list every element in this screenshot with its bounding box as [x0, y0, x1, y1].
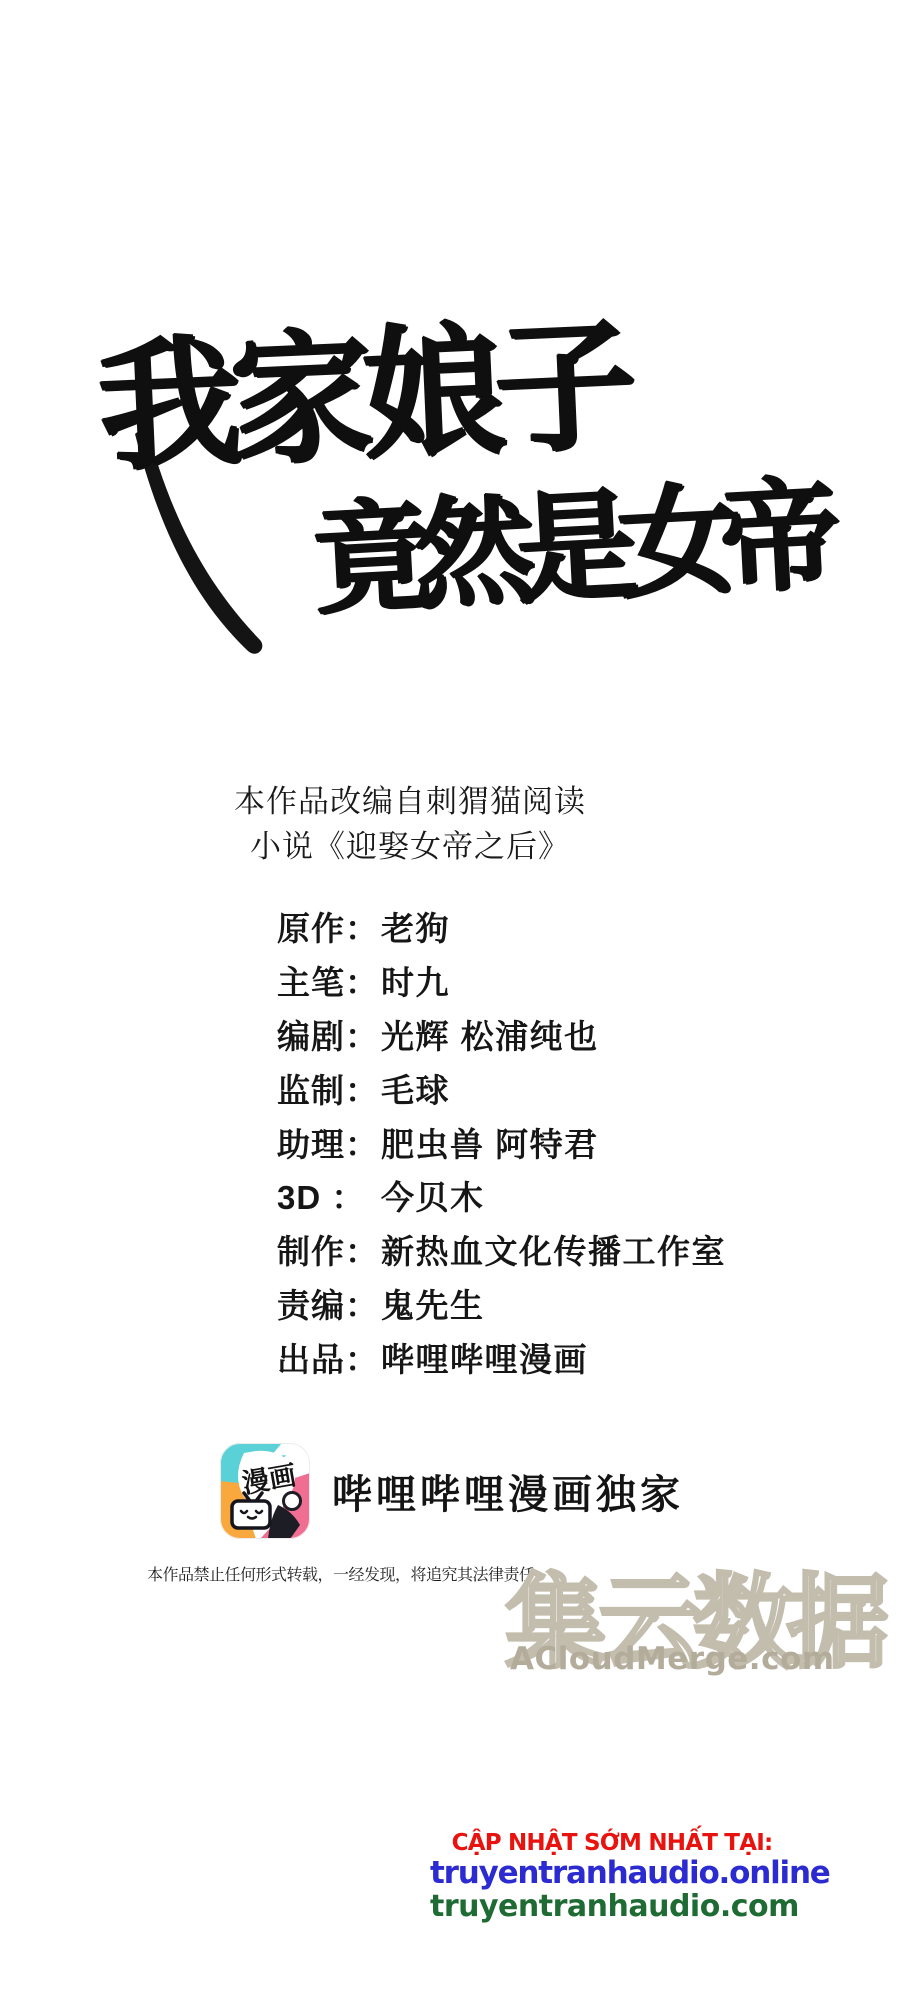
adaptation-line-1: 本作品改编自刺猬猫阅读 [60, 779, 760, 824]
footer-heading: CẬP NHẬT SỚM NHẤT TẠI: [430, 1830, 794, 1857]
credit-row-assistant: 助理： 肥虫兽 阿特君 [277, 1115, 726, 1169]
credit-role: 监制： [277, 1065, 381, 1112]
credit-role: 原作： [277, 903, 381, 950]
credit-row-supervisor: 监制： 毛球 [277, 1061, 726, 1115]
credit-role: 责编： [277, 1280, 381, 1327]
credit-role: 主笔： [277, 957, 381, 1004]
publisher-exclusive-label: 哔哩哔哩漫画独家 [332, 1463, 684, 1520]
adaptation-line-2: 小说《迎娶女帝之后》 [60, 824, 760, 869]
credit-row-editor: 责编： 鬼先生 [277, 1277, 726, 1331]
credit-role: 编剧： [277, 1011, 381, 1058]
credit-row-3d: 3D ： 今贝木 [277, 1169, 726, 1223]
credit-role: 制作： [277, 1226, 381, 1273]
credit-row-screenwriter: 编剧： 光辉 松浦纯也 [277, 1008, 726, 1062]
title-line-2: 竟然是女帝 [308, 439, 826, 637]
credit-name: 今贝木 [381, 1172, 485, 1219]
footer-site-online: truyentranhaudio.online [430, 1857, 794, 1890]
adaptation-note: 本作品改编自刺猬猫阅读 小说《迎娶女帝之后》 [60, 779, 760, 869]
credit-name: 老狗 [381, 903, 450, 950]
credit-name: 哔哩哔哩漫画 [381, 1334, 588, 1381]
credit-name: 光辉 松浦纯也 [381, 1011, 599, 1058]
credit-role: 出品： [277, 1334, 381, 1381]
copyright-disclaimer: 本作品禁止任何形式转载，一经发现，将追究其法律责任。 [147, 1562, 550, 1585]
manga-credits-page: 我家娘子 竟然是女帝 本作品改编自刺猬猫阅读 小说《迎娶女帝之后》 原作： 老狗… [0, 0, 900, 2000]
credit-name: 毛球 [381, 1065, 450, 1112]
credit-role: 3D ： [277, 1172, 381, 1219]
translator-footer: CẬP NHẬT SỚM NHẤT TẠI: truyentranhaudio.… [430, 1830, 794, 1923]
credit-row-original-author: 原作： 老狗 [277, 900, 726, 954]
credit-name: 肥虫兽 阿特君 [381, 1119, 599, 1166]
credit-row-lead-artist: 主笔： 时九 [277, 954, 726, 1008]
credit-name: 时九 [381, 957, 450, 1004]
credit-role: 助理： [277, 1119, 381, 1166]
bilibili-manga-app-icon: 漫画 [220, 1443, 310, 1539]
credit-name: 新热血文化传播工作室 [381, 1226, 726, 1273]
credit-row-production: 制作： 新热血文化传播工作室 [277, 1223, 726, 1277]
credit-row-publisher: 出品： 哔哩哔哩漫画 [277, 1330, 726, 1384]
credit-name: 鬼先生 [381, 1280, 485, 1327]
credits-list: 原作： 老狗 主笔： 时九 编剧： 光辉 松浦纯也 监制： 毛球 助理： 肥虫兽… [277, 900, 726, 1384]
publisher-banner: 漫画 哔哩哔哩漫画独家 [220, 1443, 684, 1539]
watermark-url-text: ACloudMerge.com [510, 1641, 835, 1677]
footer-site-com: truyentranhaudio.com [430, 1890, 794, 1923]
